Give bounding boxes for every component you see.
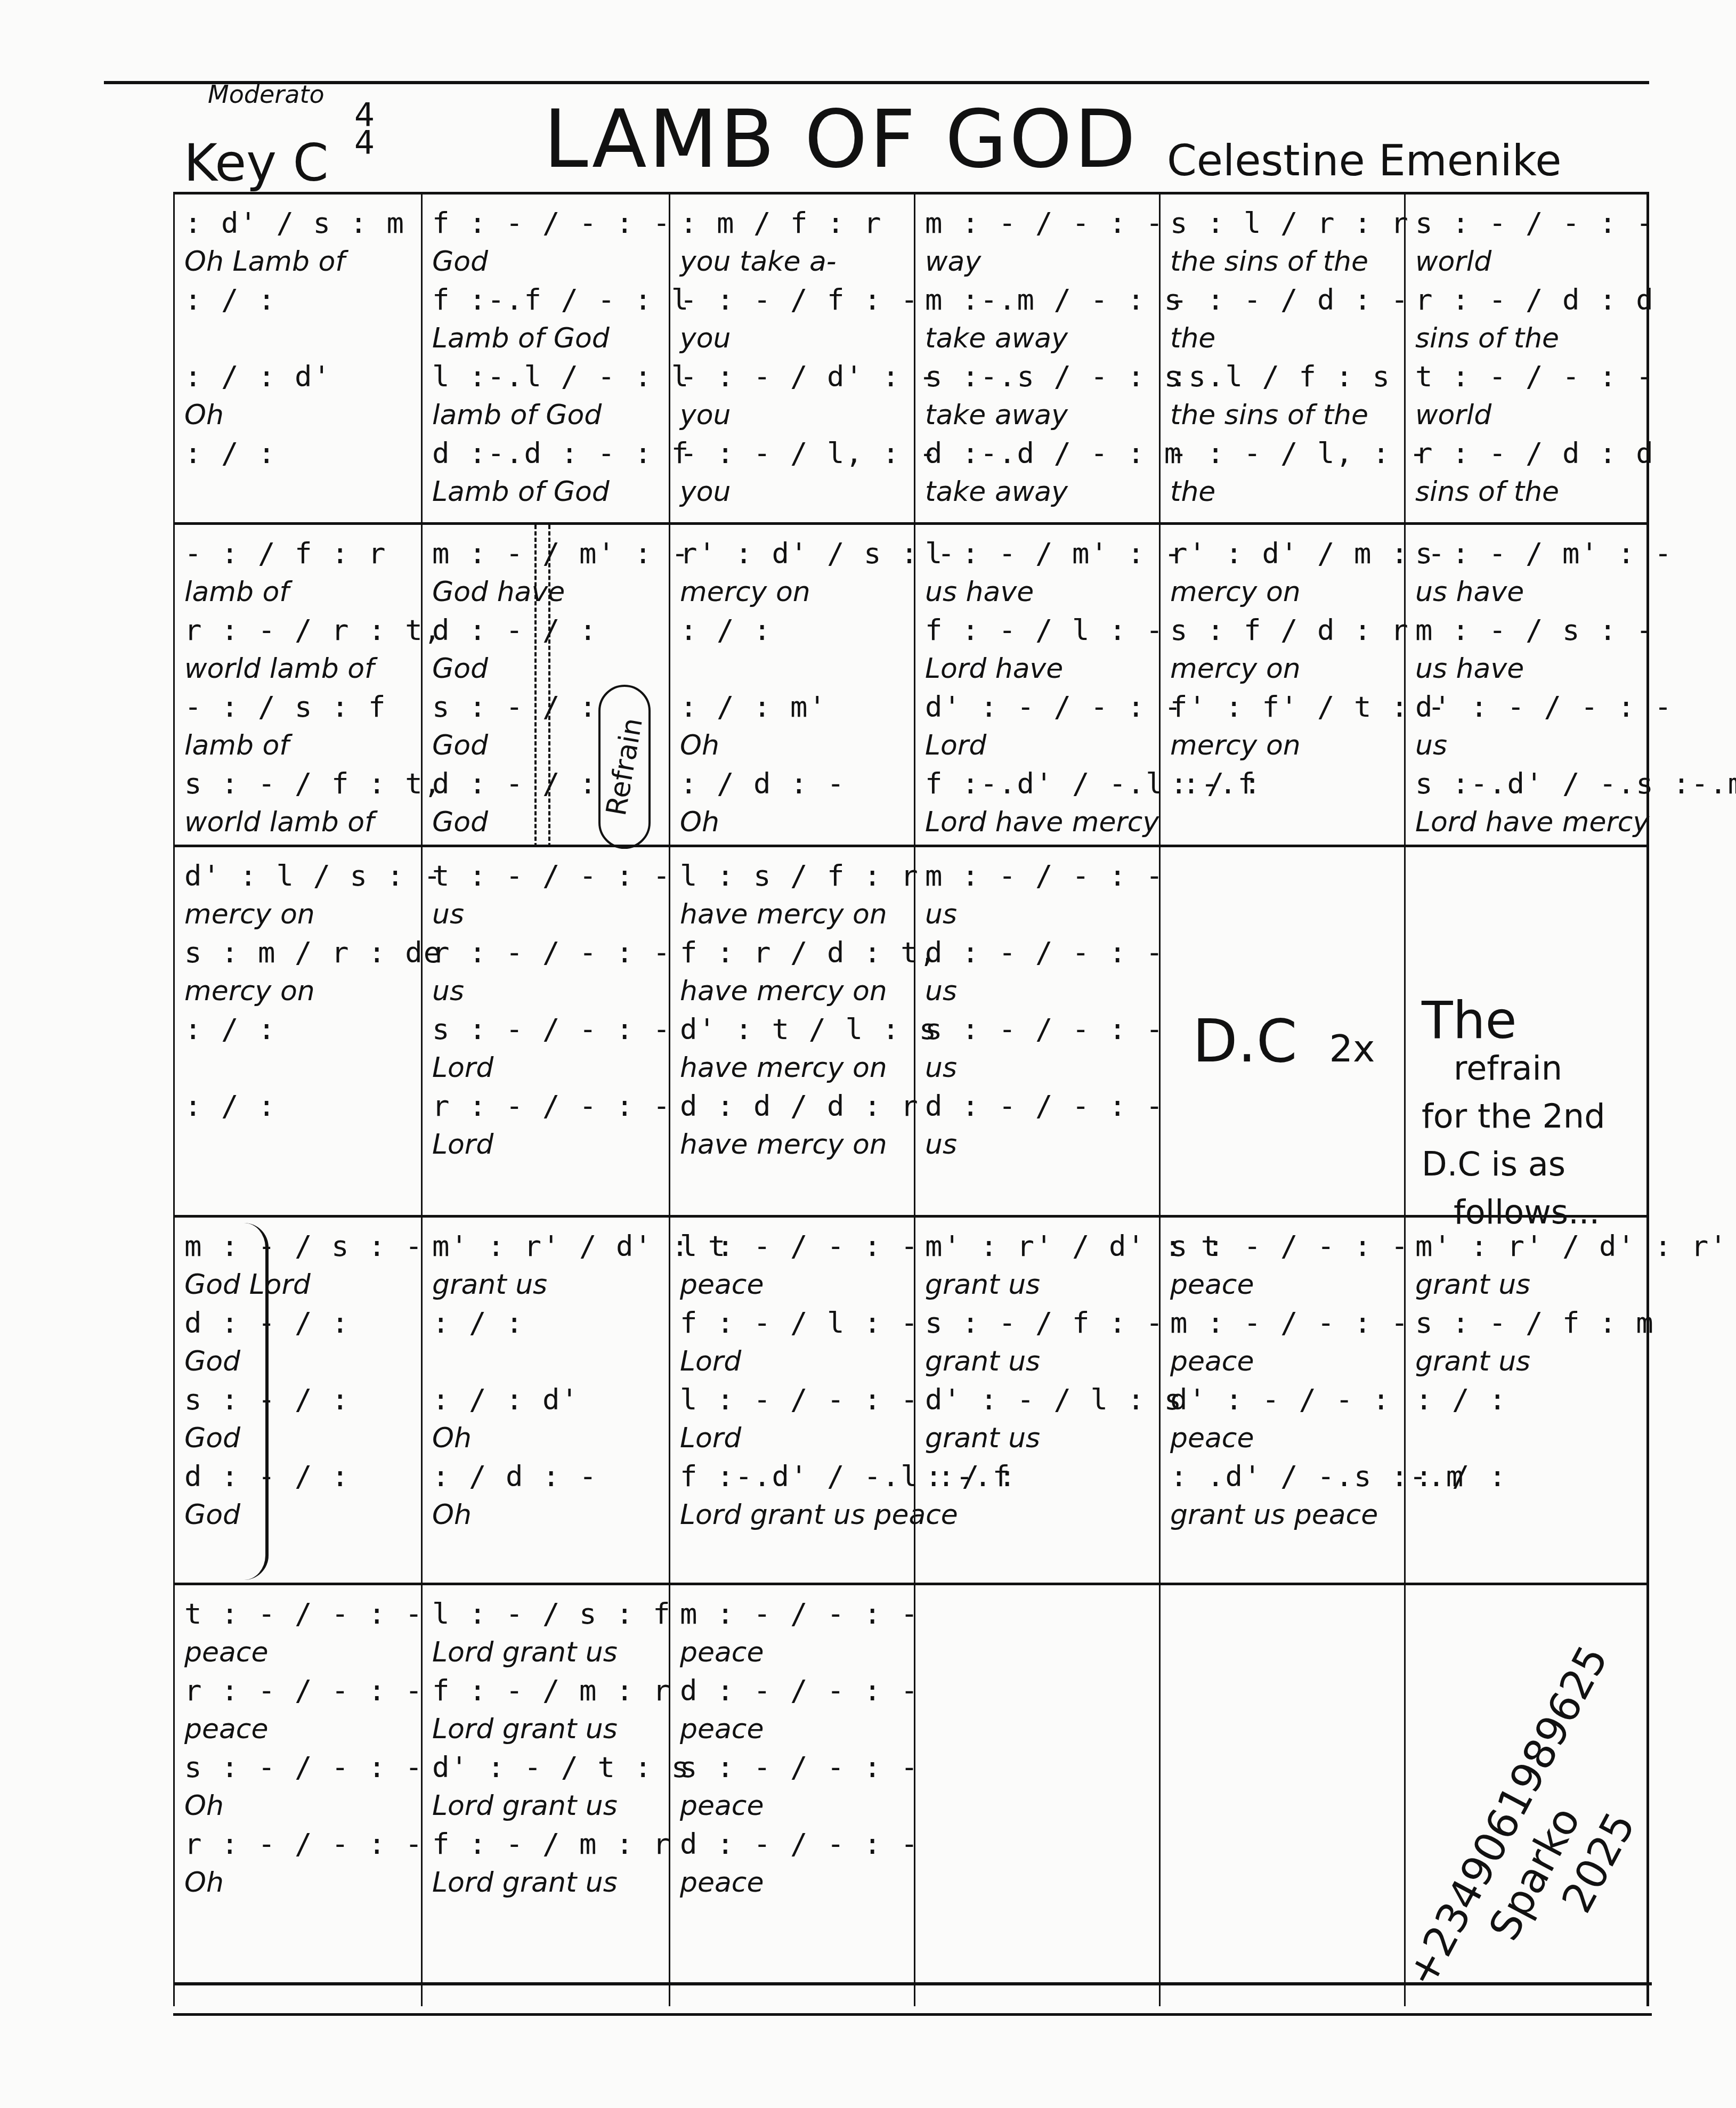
- lyric-line: mercy on: [1170, 726, 1394, 765]
- solfa-line: : / :: [432, 1304, 659, 1342]
- solfa-line: d' : - / - : -: [1415, 688, 1637, 726]
- solfa-line: d :-.d / - : m: [925, 434, 1149, 473]
- lyric-line: [680, 650, 904, 688]
- lyric-line: mercy on: [184, 895, 411, 934]
- solfa-line: m' : r' / d' : t: [432, 1227, 659, 1266]
- lyric-line: lamb of: [184, 726, 411, 765]
- solfa-line: s : - / m' : -: [1415, 534, 1637, 573]
- solfa-line: d : - / - : -: [925, 934, 1149, 972]
- solfa-line: : / :: [925, 1457, 1149, 1496]
- solfa-line: : / : m': [680, 688, 904, 726]
- lyric-line: us: [925, 895, 1149, 934]
- lyric-line: [1415, 1419, 1637, 1457]
- solfa-line: f' : f' / t : -: [1170, 688, 1394, 726]
- lyric-line: grant us: [432, 1266, 659, 1304]
- lyric-line: grant us: [925, 1266, 1149, 1304]
- lyric-line: [184, 1049, 411, 1087]
- grid-cell: [1159, 1585, 1404, 2006]
- lyric-line: grant us: [1415, 1342, 1637, 1381]
- lyric-line: us: [432, 972, 659, 1010]
- solfa-line: s : - / - : -: [432, 1010, 659, 1049]
- lyric-line: God Lord: [184, 1266, 411, 1304]
- lyric-line: take away: [925, 319, 1149, 358]
- lyric-line: take away: [925, 396, 1149, 434]
- solfa-line: : d' / s : m: [184, 204, 411, 242]
- solfa-line: m' : r' / d' : r': [1415, 1227, 1637, 1266]
- solfa-line: d : - / - : -: [925, 1087, 1149, 1125]
- solfa-line: : / :: [1415, 1457, 1637, 1496]
- grid-cell: m : - / - : -peaced : - / - : -peaces : …: [669, 1585, 914, 2006]
- lyric-line: [184, 319, 411, 358]
- lyric-line: peace: [680, 1787, 904, 1825]
- grid-row: m : - / s : -God Lordd : - / :Gods : - /…: [173, 1215, 1649, 1585]
- solfa-line: - : - / l, : -: [1170, 434, 1394, 473]
- grid-cell: m : - / - : -waym :-.m / - : stake aways…: [914, 194, 1159, 525]
- score-sheet: Moderato Key C 4 4 LAMB OF GOD Celestine…: [0, 0, 1736, 2108]
- grid-cell: l : - / s : fLord grant usf : - / m : rL…: [421, 1585, 669, 2006]
- solfa-line: d :-.d : - : f: [432, 434, 659, 473]
- lyric-line: Oh: [680, 726, 904, 765]
- grid-cell: l : - / - : -peacef : - / l : -Lordl : -…: [669, 1218, 914, 1585]
- solfa-line: s : - / - : -: [1170, 1227, 1394, 1266]
- composer-name: Celestine Emenike: [1167, 136, 1561, 185]
- lyric-line: Lord: [432, 1049, 659, 1087]
- solfa-line: f :-.d' / -.l :-.f: [680, 1457, 904, 1496]
- solfa-line: r : - / d : d: [1415, 434, 1637, 473]
- solfa-line: r : - / - : -: [432, 934, 659, 972]
- lyric-line: peace: [680, 1633, 904, 1672]
- solfa-line: s : - / - : -: [925, 1010, 1149, 1049]
- solfa-line: f : - / m : r: [432, 1672, 659, 1710]
- solfa-grid: : d' / s : mOh Lamb of: / :: / : d'Oh: /…: [173, 192, 1649, 2004]
- solfa-line: f : - / l : -: [680, 1304, 904, 1342]
- grid-row: - : / f : rlamb ofr : - / r : t,world la…: [173, 522, 1649, 847]
- grid-cell: s : - / - : -worldr : - / d : dsins of t…: [1404, 194, 1649, 525]
- lyric-line: God: [184, 1419, 411, 1457]
- lyric-line: peace: [680, 1266, 904, 1304]
- lyric-line: sins of the: [1415, 319, 1637, 358]
- da-capo-label: D.C: [1193, 1007, 1297, 1075]
- solfa-line: f :-.d' / -.l :-.f: [925, 765, 1149, 803]
- solfa-line: d' : t / l : s: [680, 1010, 904, 1049]
- grid-cell: Therefrainfor the 2ndD.C is asfollows...: [1404, 847, 1649, 1218]
- lyric-line: peace: [680, 1863, 904, 1902]
- grid-cell: s : - / m' : -us havem : - / s : -us hav…: [1404, 525, 1649, 847]
- solfa-line: : m / f : r: [680, 204, 904, 242]
- alternate-ending-bracket: [244, 1223, 269, 1580]
- time-signature-bottom: 4: [354, 129, 375, 157]
- solfa-line: :s.l / f : s: [1170, 358, 1394, 396]
- lyric-line: mercy on: [184, 972, 411, 1010]
- lyric-line: mercy on: [1170, 573, 1394, 611]
- lyric-line: the sins of the: [1170, 396, 1394, 434]
- solfa-line: l : - / s : f: [432, 1595, 659, 1633]
- solfa-line: l : s / f : r: [680, 857, 904, 895]
- lyric-line: Lord grant us peace: [680, 1496, 904, 1534]
- lyric-line: the sins of the: [1170, 242, 1394, 281]
- lyric-line: Oh: [432, 1419, 659, 1457]
- solfa-line: r : - / - : -: [184, 1825, 411, 1863]
- solfa-line: r' : d' / s : -: [680, 534, 904, 573]
- lyric-line: take away: [925, 473, 1149, 511]
- lyric-line: us have: [1415, 650, 1637, 688]
- refrain-label: Refrain: [600, 716, 648, 818]
- solfa-line: : / : d': [432, 1381, 659, 1419]
- solfa-line: - : - / d : -: [1170, 281, 1394, 319]
- page-title: LAMB OF GOD: [543, 93, 1138, 186]
- grid-cell: s : l / r : rthe sins of the- : - / d : …: [1159, 194, 1404, 525]
- solfa-line: - : - / l, : -: [680, 434, 904, 473]
- solfa-line: s : - / f : t,: [184, 765, 411, 803]
- repeat-barline: [534, 525, 550, 847]
- solfa-line: f : - / l : -: [925, 611, 1149, 650]
- lyric-line: us have: [925, 573, 1149, 611]
- lyric-line: Lord: [680, 1342, 904, 1381]
- solfa-line: f : - / m : r: [432, 1825, 659, 1863]
- solfa-line: r : - / d : d: [1415, 281, 1637, 319]
- solfa-line: m :-.m / - : s: [925, 281, 1149, 319]
- solfa-line: l : - / - : -: [680, 1227, 904, 1266]
- lyric-line: peace: [1170, 1266, 1394, 1304]
- solfa-line: s : - / - : -: [680, 1748, 904, 1787]
- solfa-line: m : - / - : -: [680, 1595, 904, 1633]
- solfa-line: - : / s : f: [184, 688, 411, 726]
- solfa-line: : .d' / -.s :-.m: [1170, 1457, 1394, 1496]
- lyric-line: Lord have mercy: [1415, 803, 1637, 841]
- lyric-line: you take a-: [680, 242, 904, 281]
- lyric-line: Lord have mercy: [925, 803, 1149, 841]
- tempo-marking: Moderato: [208, 80, 325, 109]
- grid-cell: m' : r' / d' : tgrant uss : - / f : -gra…: [914, 1218, 1159, 1585]
- lyric-line: peace: [680, 1710, 904, 1748]
- refrain-badge: Refrain: [598, 685, 651, 849]
- grid-cell: r' : d' / s : -mercy on: / :: / : m'Oh: …: [669, 525, 914, 847]
- solfa-line: : / d : -: [680, 765, 904, 803]
- lyric-line: world lamb of: [184, 803, 411, 841]
- solfa-line: r : - / - : -: [432, 1087, 659, 1125]
- solfa-line: d' : - / - : -: [925, 688, 1149, 726]
- solfa-line: s : l / r : r: [1170, 204, 1394, 242]
- lyric-line: Lord: [680, 1419, 904, 1457]
- solfa-line: : / :: [1415, 1381, 1637, 1419]
- lyric-line: the: [1170, 473, 1394, 511]
- lyric-line: peace: [184, 1710, 411, 1748]
- lyric-line: Oh: [184, 396, 411, 434]
- lyric-line: Oh: [680, 803, 904, 841]
- solfa-line: s :-.s / - : s: [925, 358, 1149, 396]
- solfa-line: : / : d': [184, 358, 411, 396]
- lyric-line: mercy on: [1170, 650, 1394, 688]
- lyric-line: mercy on: [680, 573, 904, 611]
- lyric-line: Lord grant us: [432, 1863, 659, 1902]
- solfa-line: : / :: [184, 1010, 411, 1049]
- solfa-line: l : - / m' : -: [925, 534, 1149, 573]
- lyric-line: us: [925, 972, 1149, 1010]
- lyric-line: grant us: [925, 1342, 1149, 1381]
- refrain-note-line: refrain: [1454, 1044, 1605, 1092]
- lyric-line: world: [1415, 242, 1637, 281]
- solfa-line: d : - / - : -: [680, 1672, 904, 1710]
- lyric-line: God: [184, 1496, 411, 1534]
- grid-cell: - : / f : rlamb ofr : - / r : t,world la…: [173, 525, 421, 847]
- solfa-line: s : - / :: [184, 1381, 411, 1419]
- solfa-line: t : - / - : -: [1415, 358, 1637, 396]
- solfa-line: m : - / - : -: [925, 857, 1149, 895]
- grid-row: d' : l / s : -mercy ons : m / r : demerc…: [173, 845, 1649, 1218]
- lyric-line: peace: [1170, 1419, 1394, 1457]
- lyric-line: have mercy on: [680, 1049, 904, 1087]
- lyric-line: have mercy on: [680, 895, 904, 934]
- grid-cell: [914, 1585, 1159, 2006]
- lyric-line: Lord grant us: [432, 1633, 659, 1672]
- lyric-line: Lord grant us: [432, 1710, 659, 1748]
- lyric-line: Lord: [432, 1125, 659, 1164]
- lyric-line: us: [1415, 726, 1637, 765]
- solfa-line: s : - / - : -: [1415, 204, 1637, 242]
- grid-row: : d' / s : mOh Lamb of: / :: / : d'Oh: /…: [173, 192, 1649, 525]
- refrain-note-line: for the 2nd: [1422, 1092, 1605, 1140]
- lyric-line: us: [432, 895, 659, 934]
- lyric-line: peace: [1170, 1342, 1394, 1381]
- grid-cell: m : - / s : -God Lordd : - / :Gods : - /…: [173, 1218, 421, 1585]
- lyric-line: Lamb of God: [432, 473, 659, 511]
- grid-cell: : m / f : ryou take a-- : - / f : -you- …: [669, 194, 914, 525]
- grid-cell: m : - / - : -usd : - / - : -uss : - / - …: [914, 847, 1159, 1218]
- lyric-line: grant us: [925, 1419, 1149, 1457]
- solfa-line: : / :: [680, 611, 904, 650]
- solfa-line: r' : d' / m : -: [1170, 534, 1394, 573]
- lyric-line: world lamb of: [184, 650, 411, 688]
- solfa-line: - : - / d' : -: [680, 358, 904, 396]
- solfa-line: d : - / :: [184, 1457, 411, 1496]
- repeat-count: 2x: [1329, 1027, 1375, 1071]
- solfa-line: d : - / :: [184, 1304, 411, 1342]
- grid-cell: : d' / s : mOh Lamb of: / :: / : d'Oh: /…: [173, 194, 421, 525]
- solfa-line: - : - / f : -: [680, 281, 904, 319]
- solfa-line: : / :: [184, 1087, 411, 1125]
- lyric-line: peace: [184, 1633, 411, 1672]
- lyric-line: you: [680, 396, 904, 434]
- solfa-line: d' : - / t : s: [432, 1748, 659, 1787]
- grid-cell: l : - / m' : -us havef : - / l : -Lord h…: [914, 525, 1159, 847]
- solfa-line: r : - / - : -: [184, 1672, 411, 1710]
- lyric-line: you: [680, 473, 904, 511]
- grid-cell: m : - / m' : -God haved : - / :Gods : - …: [421, 525, 669, 847]
- lyric-line: God: [184, 1342, 411, 1381]
- solfa-line: : / :: [1170, 765, 1394, 803]
- lyric-line: way: [925, 242, 1149, 281]
- lyric-line: Lord: [925, 726, 1149, 765]
- grid-cell: t : - / - : -usr : - / - : -uss : - / - …: [421, 847, 669, 1218]
- grid-cell: D.C2x: [1159, 847, 1404, 1218]
- lyric-line: Oh: [432, 1496, 659, 1534]
- solfa-line: d' : l / s : -: [184, 857, 411, 895]
- solfa-line: m : - / s : -: [184, 1227, 411, 1266]
- solfa-line: d' : - / - :: [1170, 1381, 1394, 1419]
- solfa-line: l :-.l / - : l: [432, 358, 659, 396]
- solfa-line: s : m / r : de: [184, 934, 411, 972]
- lyric-line: sins of the: [1415, 473, 1637, 511]
- lyric-line: have mercy on: [680, 972, 904, 1010]
- lyric-line: grant us: [1415, 1266, 1637, 1304]
- lyric-line: world: [1415, 396, 1637, 434]
- lyric-line: us: [925, 1049, 1149, 1087]
- grid-cell: t : - / - : -peacer : - / - : -peaces : …: [173, 1585, 421, 2006]
- solfa-line: t : - / - : -: [184, 1595, 411, 1633]
- solfa-line: t : - / - : -: [432, 857, 659, 895]
- lyric-line: Oh: [184, 1787, 411, 1825]
- time-signature: 4 4: [354, 101, 375, 157]
- solfa-line: : / :: [184, 281, 411, 319]
- solfa-line: m' : r' / d' : t: [925, 1227, 1149, 1266]
- key-signature: Key C: [184, 133, 329, 193]
- solfa-line: l : - / - : -: [680, 1381, 904, 1419]
- solfa-line: f : r / d : t,: [680, 934, 904, 972]
- solfa-line: s : f / d : r: [1170, 611, 1394, 650]
- solfa-line: d' : - / l : s: [925, 1381, 1149, 1419]
- solfa-line: d : - / - : -: [680, 1825, 904, 1863]
- solfa-line: : / d : -: [432, 1457, 659, 1496]
- solfa-line: r : - / r : t,: [184, 611, 411, 650]
- solfa-line: f :-.f / - : l: [432, 281, 659, 319]
- solfa-line: s : - / - : -: [184, 1748, 411, 1787]
- solfa-line: m : - / - : -: [1170, 1304, 1394, 1342]
- lyric-line: lamb of: [184, 573, 411, 611]
- grid-cell: l : s / f : rhave mercy onf : r / d : t,…: [669, 847, 914, 1218]
- solfa-line: s : - / f : m: [1415, 1304, 1637, 1342]
- lyric-line: Lord grant us: [432, 1787, 659, 1825]
- refrain-note: Therefrainfor the 2ndD.C is asfollows...: [1422, 996, 1605, 1236]
- grid-cell: m' : r' / d' : r'grant uss : - / f : mgr…: [1404, 1218, 1649, 1585]
- grid-cell: m' : r' / d' : tgrant us: / :: / : d'Oh:…: [421, 1218, 669, 1585]
- grid-cell: d' : l / s : -mercy ons : m / r : demerc…: [173, 847, 421, 1218]
- refrain-note-line: The: [1422, 996, 1605, 1044]
- refrain-note-line: D.C is as: [1422, 1140, 1605, 1188]
- solfa-line: - : / f : r: [184, 534, 411, 573]
- solfa-line: s : - / f : -: [925, 1304, 1149, 1342]
- bottom-rule-2: [173, 2013, 1652, 2016]
- solfa-line: m : - / s : -: [1415, 611, 1637, 650]
- solfa-line: s :-.d' / -.s :-.m: [1415, 765, 1637, 803]
- grid-cell: r' : d' / m : -mercy ons : f / d : rmerc…: [1159, 525, 1404, 847]
- grid-cell: s : - / - : -peacem : - / - : -peaced' :…: [1159, 1218, 1404, 1585]
- solfa-line: : / :: [184, 434, 411, 473]
- lyric-line: have mercy on: [680, 1125, 904, 1164]
- solfa-line: m : - / - : -: [925, 204, 1149, 242]
- lyric-line: Oh Lamb of: [184, 242, 411, 281]
- top-rule: [104, 81, 1649, 84]
- lyric-line: grant us peace: [1170, 1496, 1394, 1534]
- solfa-line: f : - / - : -: [432, 204, 659, 242]
- lyric-line: lamb of God: [432, 396, 659, 434]
- solfa-line: d : d / d : r: [680, 1087, 904, 1125]
- lyric-line: [432, 1342, 659, 1381]
- grid-cell: f : - / - : -Godf :-.f / - : lLamb of Go…: [421, 194, 669, 525]
- lyric-line: the: [1170, 319, 1394, 358]
- lyric-line: God: [432, 242, 659, 281]
- lyric-line: Lamb of God: [432, 319, 659, 358]
- lyric-line: us: [925, 1125, 1149, 1164]
- lyric-line: you: [680, 319, 904, 358]
- lyric-line: us have: [1415, 573, 1637, 611]
- lyric-line: Oh: [184, 1863, 411, 1902]
- da-capo-instruction: D.C2x: [1193, 1007, 1375, 1075]
- lyric-line: Lord have: [925, 650, 1149, 688]
